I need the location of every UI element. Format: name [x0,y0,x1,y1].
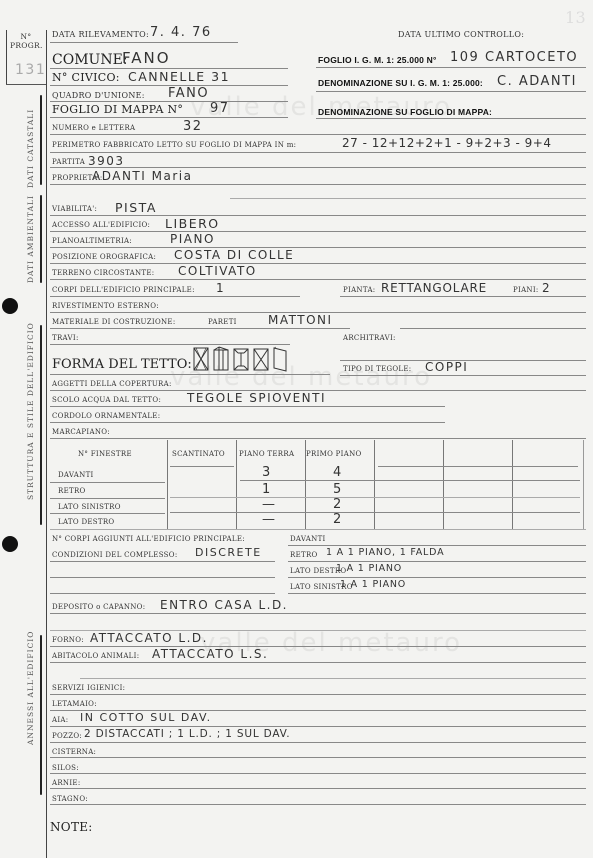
table-divider [374,440,375,530]
rule [50,215,586,216]
igm-denominazione-label: DENOMINAZIONE SU I. G. M. 1: 25.000: [318,78,483,88]
rule [50,296,300,297]
rule [316,118,586,119]
igm-foglio-value[interactable]: 109 CARTOCETO [450,50,578,65]
fin-header-piano-terra: PIANO TERRA [239,450,294,458]
fin-davanti-piano-terra[interactable]: 3 [262,465,272,480]
rule [240,480,580,481]
architravi-label: ARCHITRAVI: [343,334,396,342]
rule [170,466,234,467]
table-divider [583,440,584,530]
section-catastali: DATI CATASTALI [26,109,35,188]
plano-value[interactable]: PIANO [170,232,215,246]
rule [50,101,288,102]
rule [378,466,578,467]
comune-label: COMUNE: [52,52,128,68]
margin-rule [46,30,47,858]
note-label: NOTE: [50,820,93,834]
fin-sinistro-primo-piano[interactable]: 2 [333,497,343,512]
data-ultimo-controllo-label: DATA ULTIMO CONTROLLO: [398,30,524,39]
roof-shed-icon[interactable] [274,347,286,371]
table-divider [443,440,444,530]
numero-value[interactable]: 32 [183,119,203,134]
quadro-label: QUADRO D'UNIONE: [52,91,145,100]
condizioni-label: CONDIZIONI DEL COMPLESSO: [52,551,177,559]
rule [50,167,586,168]
rule [50,328,350,329]
rule [340,375,586,376]
rule [50,757,586,758]
aggiunti-retro-label: RETRO [290,551,318,559]
fin-destro-primo-piano[interactable]: 2 [333,512,343,527]
scolo-label: SCOLO ACQUA DAL TETTO: [52,396,161,404]
terreno-value[interactable]: COLTIVATO [178,264,257,278]
progr-label: N° PROGR. [10,32,42,50]
corner-mark: 13 [565,8,586,27]
arnie-label: ARNIE: [52,779,80,787]
fin-davanti-primo-piano[interactable]: 4 [333,465,343,480]
denominazione-mappa-label: DENOMINAZIONE SU FOGLIO DI MAPPA: [318,107,492,117]
foglio-label: FOGLIO DI MAPPA N° [52,103,183,116]
terreno-label: TERRENO CIRCOSTANTE: [52,269,154,277]
civico-label: N° CIVICO: [52,71,120,84]
rule [50,374,330,375]
table-divider [167,440,168,530]
section-brace [40,325,42,525]
rule [230,198,586,199]
rule [50,662,586,663]
rule [50,406,445,407]
rule [50,804,586,805]
proprieta-value[interactable]: ADANTI Maria [92,169,192,183]
partita-value[interactable]: 3903 [88,154,125,168]
aggiunti-lato-destro-value[interactable]: 1 A 1 PIANO [336,563,402,574]
fin-destro-piano-terra[interactable]: — [262,512,277,527]
fin-retro-piano-terra[interactable]: 1 [262,482,272,497]
rule [288,577,586,578]
rule [50,561,275,562]
fin-row-label: LATO SINISTRO [58,503,121,511]
aia-value[interactable]: IN COTTO SUL DAV. [80,711,212,724]
aggetti-label: AGGETTI DELLA COPERTURA: [52,380,172,388]
piani-value[interactable]: 2 [542,281,551,295]
note-field[interactable] [95,816,585,852]
corpi-aggiunti-label: N° CORPI AGGIUNTI ALL'EDIFICIO PRINCIPAL… [52,535,245,543]
rule [50,726,586,727]
civico-value[interactable]: CANNELLE 31 [128,69,230,84]
table-divider [236,440,237,530]
punch-hole [2,536,18,552]
accesso-value[interactable]: LIBERO [165,216,220,231]
rule [400,328,586,329]
tipo-tegole-value[interactable]: COPPI [425,360,468,374]
roof-gable-icon[interactable] [214,347,228,370]
fin-header-label: N° FINESTRE [78,450,132,458]
condizioni-value[interactable]: DISCRETE [195,546,262,559]
corpi-label: CORPI DELL'EDIFICIO PRINCIPALE: [52,286,195,294]
numero-label: NUMERO e LETTERA [52,124,135,132]
pianta-label: PIANTA: [343,286,375,294]
letamaio-label: LETAMAIO: [52,700,97,708]
rule [316,91,586,92]
rule [50,646,586,647]
foglio-value[interactable]: 97 [210,101,230,116]
piani-label: PIANI: [513,286,539,294]
stagno-label: STAGNO: [52,795,88,803]
rule [288,593,586,594]
marcapiano-label: MARCAPIANO: [52,428,110,436]
travi-label: TRAVI: [52,334,79,342]
rule [50,134,586,135]
section-brace [40,635,42,795]
scolo-value[interactable]: TEGOLE SPIOVENTI [187,391,326,405]
rule [50,788,586,789]
rule [50,498,165,499]
rule [50,422,445,423]
plano-label: PLANOALTIMETRIA: [52,237,132,245]
pianta-value[interactable]: RETTANGOLARE [381,281,487,295]
pareti-value[interactable]: MATTONI [268,313,333,327]
igm-foglio-label: FOGLIO I. G. M. 1: 25.000 N° [318,55,437,65]
accesso-label: ACCESSO ALL'EDIFICIO: [52,221,150,229]
progr-box-border [6,30,7,85]
rule [50,593,275,594]
rule [288,561,586,562]
section-brace [40,195,42,283]
roof-hip-icon[interactable] [194,348,208,370]
rule [50,513,165,514]
data-rilevamento-label: DATA RILEVAMENTO: [52,30,149,39]
fin-retro-primo-piano[interactable]: 5 [333,482,343,497]
progr-box-bottom [6,84,46,85]
deposito-label: DEPOSITO o CAPANNO: [52,603,145,611]
aia-label: AIA: [52,716,68,724]
viabilita-value[interactable]: PISTA [115,200,157,215]
abitacolo-value[interactable]: ATTACCATO L.S. [152,647,268,661]
perimetro-label: PERIMETRO FABBRICATO LETTO SU FOGLIO DI … [52,141,296,149]
table-divider [512,440,513,530]
pozzo-value[interactable]: 2 DISTACCATI ; 1 L.D. ; 1 SUL DAV. [84,728,290,740]
rule [50,231,586,232]
rule [50,42,238,43]
igm-denominazione-value[interactable]: C. ADANTI [497,74,577,89]
perimetro-value[interactable]: 27 - 12+12+2+1 - 9+2+3 - 9+4 [342,136,551,150]
forno-value[interactable]: ATTACCATO L.D. [90,631,208,645]
section-struttura: STRUTTURA E STILE DELL'EDIFICIO [26,322,35,500]
rule [170,497,580,498]
rule [50,694,586,695]
rule [50,577,275,578]
quadro-value[interactable]: FANO [168,86,209,101]
rule [50,279,586,280]
fin-sinistro-piano-terra[interactable]: — [262,497,277,512]
section-brace [40,95,42,185]
rule [170,512,580,513]
rule [50,613,586,614]
fin-row-label: DAVANTI [58,471,94,479]
viabilita-label: VIABILITA': [52,205,97,213]
pareti-label: PARETI [208,318,237,326]
rule [316,67,586,68]
data-rilevamento-value[interactable]: 7. 4. 76 [150,25,212,40]
forno-label: FORNO: [52,636,84,644]
cordolo-label: CORDOLO ORNAMENTALE: [52,412,160,420]
rule [50,482,165,483]
rule [340,296,586,297]
corpi-value[interactable]: 1 [216,281,225,295]
rule [50,773,586,774]
fin-header-scantinato: SCANTINATO [172,450,225,458]
abitacolo-label: ABITACOLO ANIMALI: [52,652,139,660]
tipo-tegole-label: TIPO DI TEGOLE: [343,365,411,373]
deposito-value[interactable]: ENTRO CASA L.D. [160,598,288,612]
rule [50,742,586,743]
aggiunti-davanti-label: DAVANTI [290,535,326,543]
forma-tetto-label: FORMA DEL TETTO: [52,357,192,372]
progr-value: 131 [15,62,46,78]
servizi-label: SERVIZI IGIENICI: [52,684,125,692]
rule [50,247,586,248]
aggiunti-lato-sinistro-value[interactable]: 1 A 1 PIANO [340,579,406,590]
cisterna-label: CISTERNA: [52,748,96,756]
rule [80,678,586,679]
roof-pyramid-icon[interactable] [254,349,268,370]
silos-label: SILOS: [52,764,79,772]
fin-row-label: RETRO [58,487,86,495]
rule [50,529,586,530]
aggiunti-retro-value[interactable]: 1 A 1 PIANO, 1 FALDA [326,547,444,558]
comune-value[interactable]: FANO [122,49,171,67]
rivestimento-label: RIVESTIMENTO ESTERNO: [52,302,159,310]
posizione-label: POSIZIONE OROGRAFICA: [52,253,156,261]
rule [50,184,586,185]
rule [288,545,586,546]
pozzo-label: POZZO: [52,732,82,740]
fin-row-label: LATO DESTRO [58,518,114,526]
roof-half-hip-icon[interactable] [234,349,248,370]
section-annessi: ANNESSI ALL'EDIFICIO [26,631,35,745]
rule [50,263,586,264]
rule [50,438,586,439]
roof-shapes [192,345,300,373]
posizione-value[interactable]: COSTA DI COLLE [174,248,294,262]
materiale-label: MATERIALE DI COSTRUZIONE: [52,318,176,326]
partita-label: PARTITA [52,158,85,166]
rule [50,152,586,153]
section-ambientali: DATI AMBIENTALI [26,195,35,283]
rule [50,117,288,118]
fin-header-primo-piano: PRIMO PIANO [306,450,362,458]
punch-hole [2,298,18,314]
